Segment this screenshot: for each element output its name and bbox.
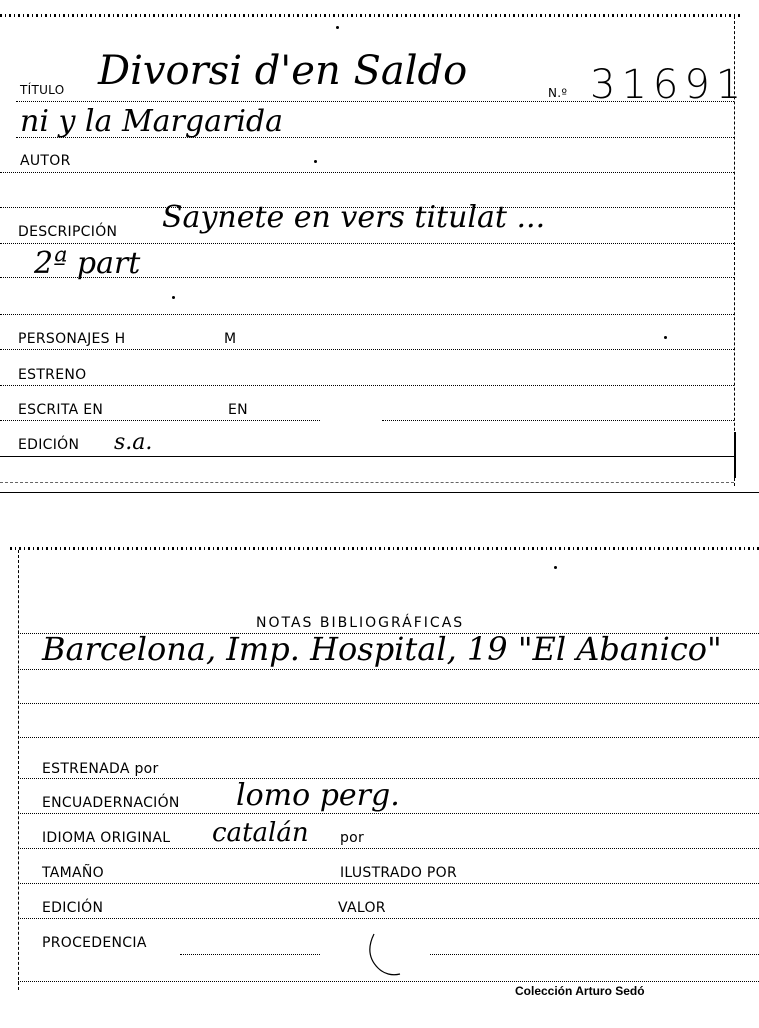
personajes-label: PERSONAJES H	[18, 331, 125, 347]
descripcion-value-line1: Saynete en vers titulat ...	[162, 200, 545, 235]
ilustrado-label: ILUSTRADO POR	[340, 865, 457, 881]
encuadernacion-value: lomo perg.	[236, 778, 400, 813]
procedencia-rule	[180, 954, 320, 955]
escrita-en-second-label: EN	[228, 402, 248, 418]
card-left-edge	[18, 550, 19, 990]
notas-value: Barcelona, Imp. Hospital, 19 "El Abanico…	[42, 630, 722, 668]
edicion-label: EDICIÓN	[18, 437, 79, 453]
number-prefix: N.º	[548, 86, 567, 100]
personajes-rule	[0, 349, 734, 350]
notas-rule-2	[18, 669, 759, 670]
card-bottom-rule	[18, 981, 759, 982]
estreno-label: ESTRENO	[18, 367, 86, 383]
estreno-rule	[0, 385, 734, 386]
card-separator	[0, 492, 759, 493]
autor-rule	[0, 172, 734, 173]
edicion-bottom-rule	[18, 918, 759, 919]
titulo-rule-2	[16, 137, 734, 138]
encuadernacion-label: ENCUADERNACIÓN	[42, 795, 180, 811]
speck	[314, 160, 317, 163]
descripcion-label: DESCRIPCIÓN	[18, 224, 117, 240]
descripcion-rule-3	[0, 314, 734, 315]
pencil-mark-icon	[360, 930, 420, 980]
descripcion-value-line2: 2ª part	[34, 246, 140, 281]
procedencia-label: PROCEDENCIA	[42, 935, 147, 951]
idioma-label: IDIOMA ORIGINAL	[42, 830, 170, 846]
descripcion-rule-2	[0, 277, 734, 278]
valor-label: VALOR	[338, 900, 386, 916]
idioma-por-label: por	[340, 830, 364, 846]
autor-value	[90, 150, 690, 170]
escrita-en-rule-2	[382, 420, 734, 421]
titulo-label: TÍTULO	[20, 83, 65, 97]
card-top-edge	[0, 14, 740, 17]
edicion-rule	[0, 456, 734, 457]
descripcion-rule	[0, 243, 734, 244]
idioma-value: catalán	[212, 818, 309, 848]
speck	[554, 566, 557, 569]
card-corner-mark	[734, 432, 736, 478]
procedencia-rule-2	[430, 954, 759, 955]
card-bottom-top-edge	[10, 547, 759, 550]
titulo-rule	[16, 101, 734, 102]
collection-credit: Colección Arturo Sedó	[515, 984, 645, 998]
speck	[664, 336, 667, 339]
idioma-rule	[18, 848, 759, 849]
estrenada-label: ESTRENADA por	[42, 761, 159, 777]
tamano-label: TAMAÑO	[42, 865, 104, 881]
autor-label: AUTOR	[20, 153, 71, 169]
escrita-en-label: ESCRITA EN	[18, 402, 103, 418]
card-bottom-faint-rule	[0, 482, 734, 483]
edicion-bottom-label: EDICIÓN	[42, 900, 103, 916]
encuadernacion-rule	[18, 813, 759, 814]
titulo-value-line1: Divorsi d'en Saldo	[98, 48, 467, 94]
titulo-value-line2: ni y la Margarida	[20, 104, 283, 139]
personajes-m-label: M	[224, 331, 236, 347]
edicion-value: s.a.	[114, 430, 152, 455]
tamano-rule	[18, 883, 759, 884]
escrita-en-rule	[0, 420, 320, 421]
notas-rule-3	[18, 703, 759, 704]
speck	[172, 296, 175, 299]
notas-rule-4	[18, 737, 759, 738]
notas-heading: NOTAS BIBLIOGRÁFICAS	[256, 615, 464, 631]
speck	[336, 26, 339, 29]
